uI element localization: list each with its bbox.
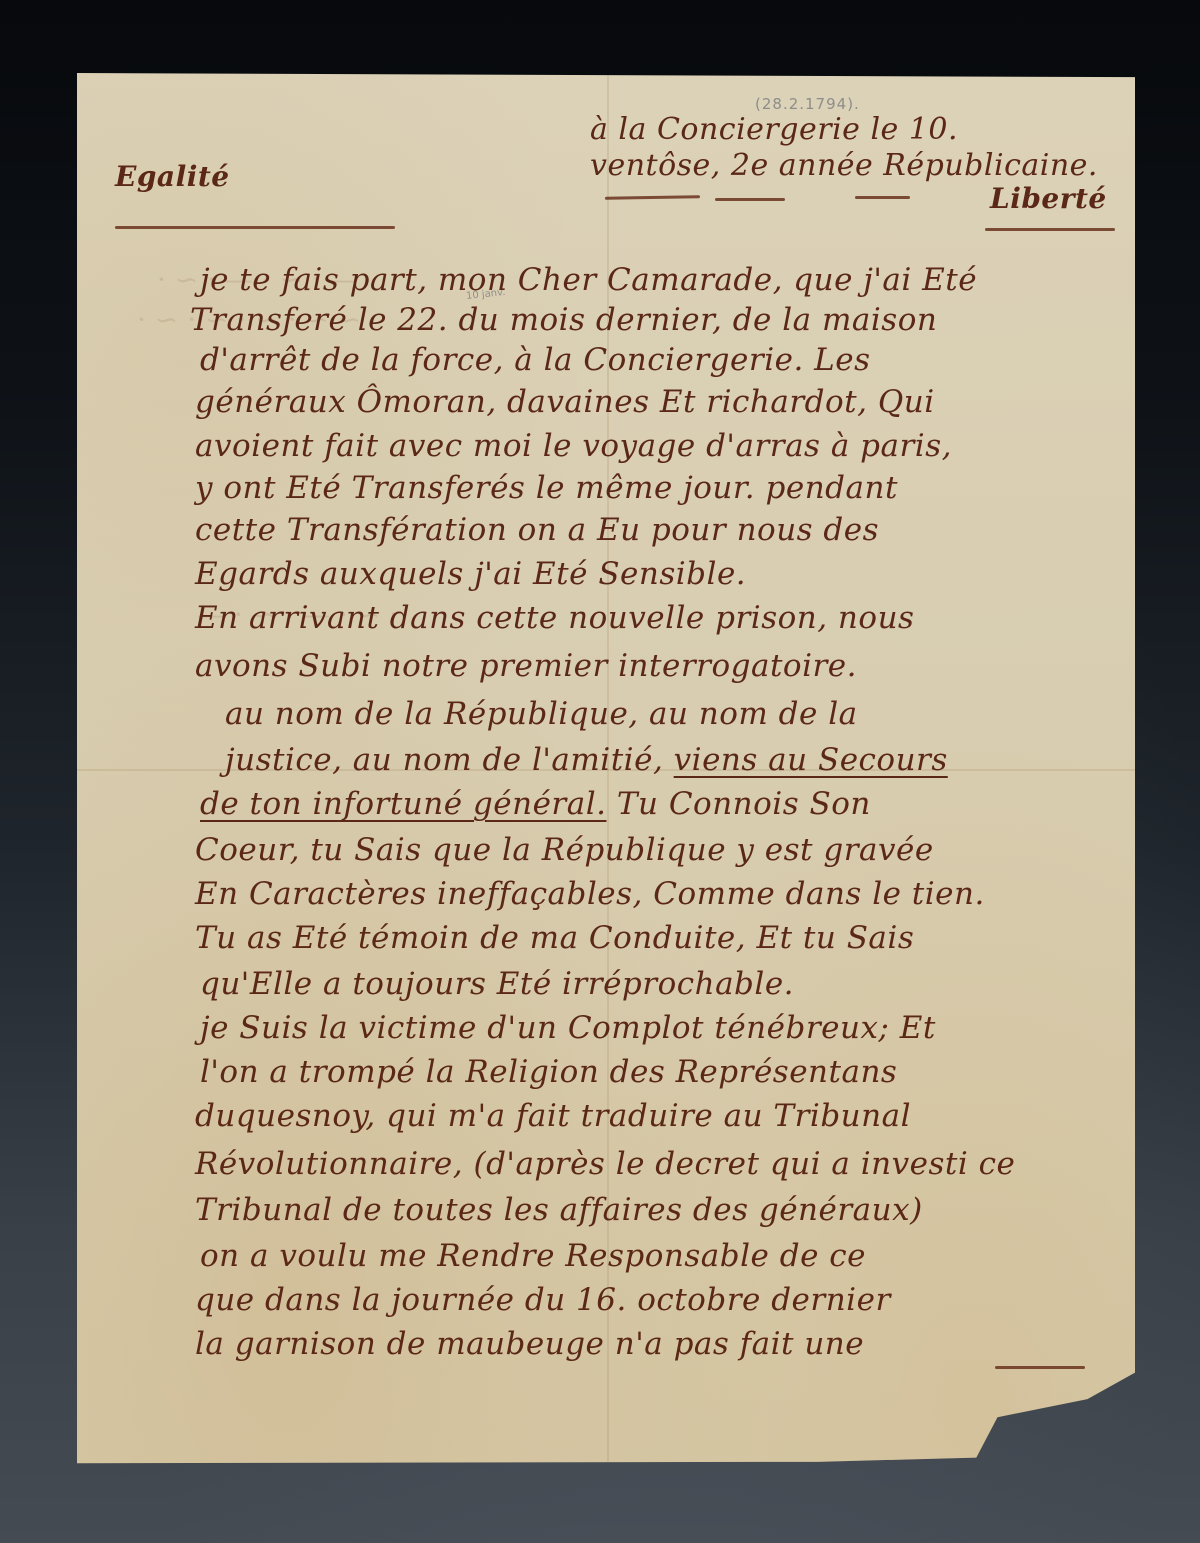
- body-line: que dans la journée du 16. octobre derni…: [195, 1282, 891, 1318]
- body-line: on a voulu me Rendre Responsable de ce: [200, 1238, 866, 1274]
- body-line-text: Tu Connois Son: [606, 786, 870, 822]
- body-line: je Suis la victime d'un Complot ténébreu…: [200, 1010, 936, 1046]
- egalite-flourish: [115, 226, 395, 229]
- flourish-rule: [855, 196, 910, 199]
- body-line: généraux Ômoran, davaines Et richardot, …: [195, 384, 935, 420]
- body-line: avons Subi notre premier interrogatoire.: [195, 648, 857, 684]
- body-line: l'on a trompé la Religion des Représenta…: [200, 1054, 897, 1090]
- flourish-rule: [715, 198, 785, 201]
- body-line: Coeur, tu Sais que la République y est g…: [195, 832, 934, 868]
- closing-flourish: [995, 1366, 1085, 1369]
- motto-egalite: Egalité: [115, 160, 230, 193]
- body-line: au nom de la République, au nom de la: [225, 696, 858, 732]
- body-line: qu'Elle a toujours Eté irréprochable.: [200, 966, 794, 1002]
- body-line: Révolutionnaire, (d'après le decret qui …: [195, 1146, 1015, 1182]
- body-line: Transferé le 22. du mois dernier, de la …: [190, 302, 937, 338]
- body-line-with-underline: de ton infortuné général. Tu Connois Son: [200, 786, 871, 822]
- archival-date-annotation: (28.2.1794).: [755, 95, 860, 113]
- body-line: je te fais part, mon Cher Camarade, que …: [200, 262, 977, 298]
- body-line: y ont Eté Transferés le même jour. penda…: [195, 470, 898, 506]
- motto-liberte: Liberté: [990, 182, 1107, 215]
- body-line: avoient fait avec moi le voyage d'arras …: [195, 428, 952, 464]
- underlined-phrase: viens au Secours: [674, 742, 948, 778]
- liberte-flourish: [985, 228, 1115, 231]
- body-line-with-underline: justice, au nom de l'amitié, viens au Se…: [225, 742, 948, 778]
- body-line: Tu as Eté témoin de ma Conduite, Et tu S…: [195, 920, 914, 956]
- body-line: Tribunal de toutes les affaires des géné…: [195, 1192, 923, 1228]
- place-date-line-2: ventôse, 2e année Républicaine.: [590, 148, 1098, 183]
- underlined-phrase: de ton infortuné général.: [200, 786, 606, 822]
- body-line: Egards auxquels j'ai Eté Sensible.: [195, 556, 746, 592]
- place-date-line-1: à la Conciergerie le 10.: [590, 112, 958, 147]
- body-line: la garnison de maubeuge n'a pas fait une: [195, 1326, 864, 1362]
- body-line: d'arrêt de la force, à la Conciergerie. …: [200, 342, 871, 378]
- body-line: En arrivant dans cette nouvelle prison, …: [195, 600, 914, 636]
- body-line: duquesnoy, qui m'a fait traduire au Trib…: [195, 1098, 911, 1134]
- body-line: cette Transfération on a Eu pour nous de…: [195, 512, 879, 548]
- body-line: En Caractères ineffaçables, Comme dans l…: [195, 876, 985, 912]
- body-line-text: justice, au nom de l'amitié,: [225, 742, 674, 778]
